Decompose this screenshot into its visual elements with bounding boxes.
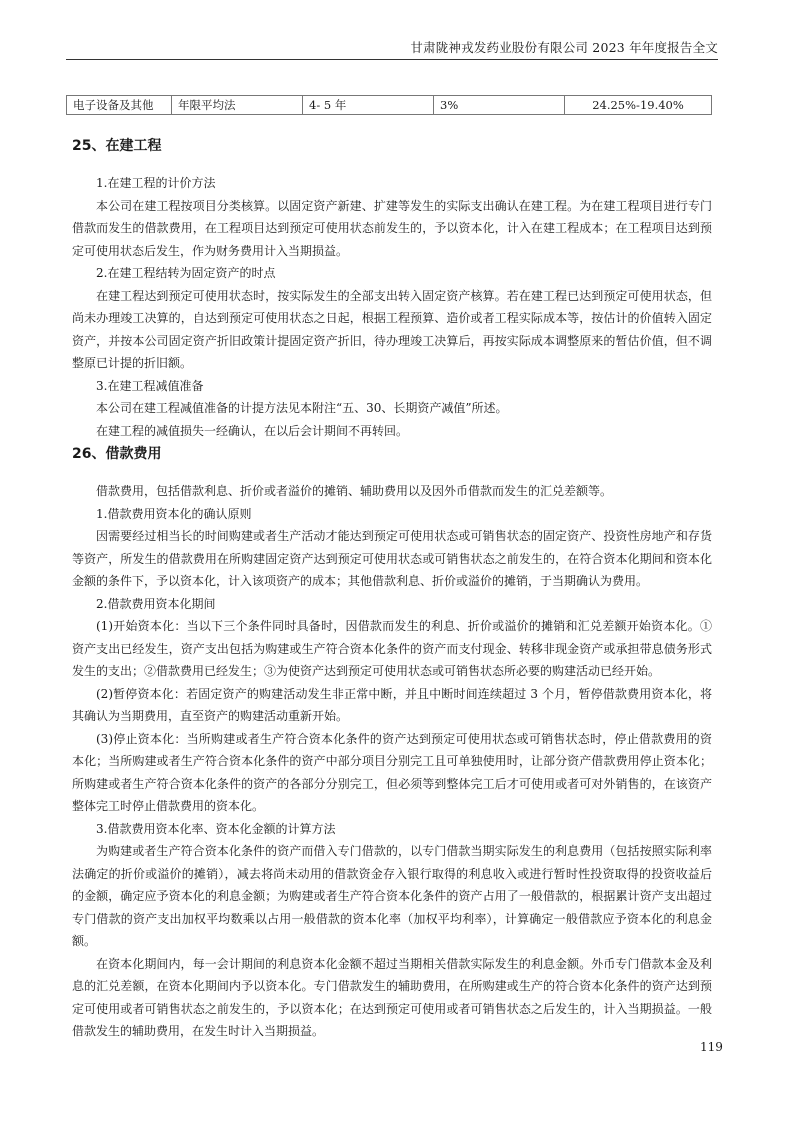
table-cell-residual: 3%	[434, 96, 565, 115]
subheading: 2.在建工程结转为固定资产的时点	[72, 262, 712, 285]
subheading: 3.在建工程减值准备	[72, 375, 712, 398]
subheading: 3.借款费用资本化率、资本化金额的计算方法	[72, 818, 712, 841]
depreciation-table: 电子设备及其他 年限平均法 4- 5 年 3% 24.25%-19.40%	[66, 95, 712, 115]
section-26-title: 26、借款费用	[72, 443, 161, 463]
paragraph: (3)停止资本化：当所购建或者生产符合资本化条件的资产达到预定可使用状态或可销售…	[72, 728, 712, 818]
page-number: 119	[700, 1040, 723, 1054]
paragraph: 借款费用，包括借款利息、折价或者溢价的摊销、辅助费用以及因外币借款而发生的汇兑差…	[72, 480, 712, 503]
paragraph: 本公司在建工程减值准备的计提方法见本附注“五、30、长期资产减值”所述。	[72, 397, 712, 420]
paragraph: 在建工程的减值损失一经确认，在以后会计期间不再转回。	[72, 420, 712, 443]
page-header: 甘肃陇神戎发药业股份有限公司 2023 年年度报告全文	[66, 38, 718, 60]
paragraph: 在建工程达到预定可使用状态时，按实际发生的全部支出转入固定资产核算。若在建工程已…	[72, 285, 712, 375]
section-26-body: 借款费用，包括借款利息、折价或者溢价的摊销、辅助费用以及因外币借款而发生的汇兑差…	[72, 480, 712, 1043]
subheading: 2.借款费用资本化期间	[72, 593, 712, 616]
section-25-title: 25、在建工程	[72, 135, 161, 155]
table-row: 电子设备及其他 年限平均法 4- 5 年 3% 24.25%-19.40%	[67, 96, 712, 115]
table-cell-life: 4- 5 年	[303, 96, 434, 115]
table-cell-rate: 24.25%-19.40%	[565, 96, 712, 115]
paragraph: 因需要经过相当长的时间购建或者生产活动才能达到预定可使用状态或可销售状态的固定资…	[72, 525, 712, 593]
report-title: 甘肃陇神戎发药业股份有限公司 2023 年年度报告全文	[410, 40, 718, 55]
table-cell-category: 电子设备及其他	[67, 96, 172, 115]
table-cell-method: 年限平均法	[172, 96, 303, 115]
paragraph: (1)开始资本化：当以下三个条件同时具备时，因借款而发生的利息、折价或溢价的摊销…	[72, 615, 712, 683]
subheading: 1.借款费用资本化的确认原则	[72, 503, 712, 526]
paragraph: (2)暂停资本化：若固定资产的购建活动发生非正常中断，并且中断时间连续超过 3 …	[72, 683, 712, 728]
section-25-body: 1.在建工程的计价方法 本公司在建工程按项目分类核算。以固定资产新建、扩建等发生…	[72, 172, 712, 442]
paragraph: 为购建或者生产符合资本化条件的资产而借入专门借款的，以专门借款当期实际发生的利息…	[72, 840, 712, 953]
paragraph: 在资本化期间内，每一会计期间的利息资本化金额不超过当期相关借款实际发生的利息金额…	[72, 953, 712, 1043]
subheading: 1.在建工程的计价方法	[72, 172, 712, 195]
paragraph: 本公司在建工程按项目分类核算。以固定资产新建、扩建等发生的实际支出确认在建工程。…	[72, 195, 712, 263]
